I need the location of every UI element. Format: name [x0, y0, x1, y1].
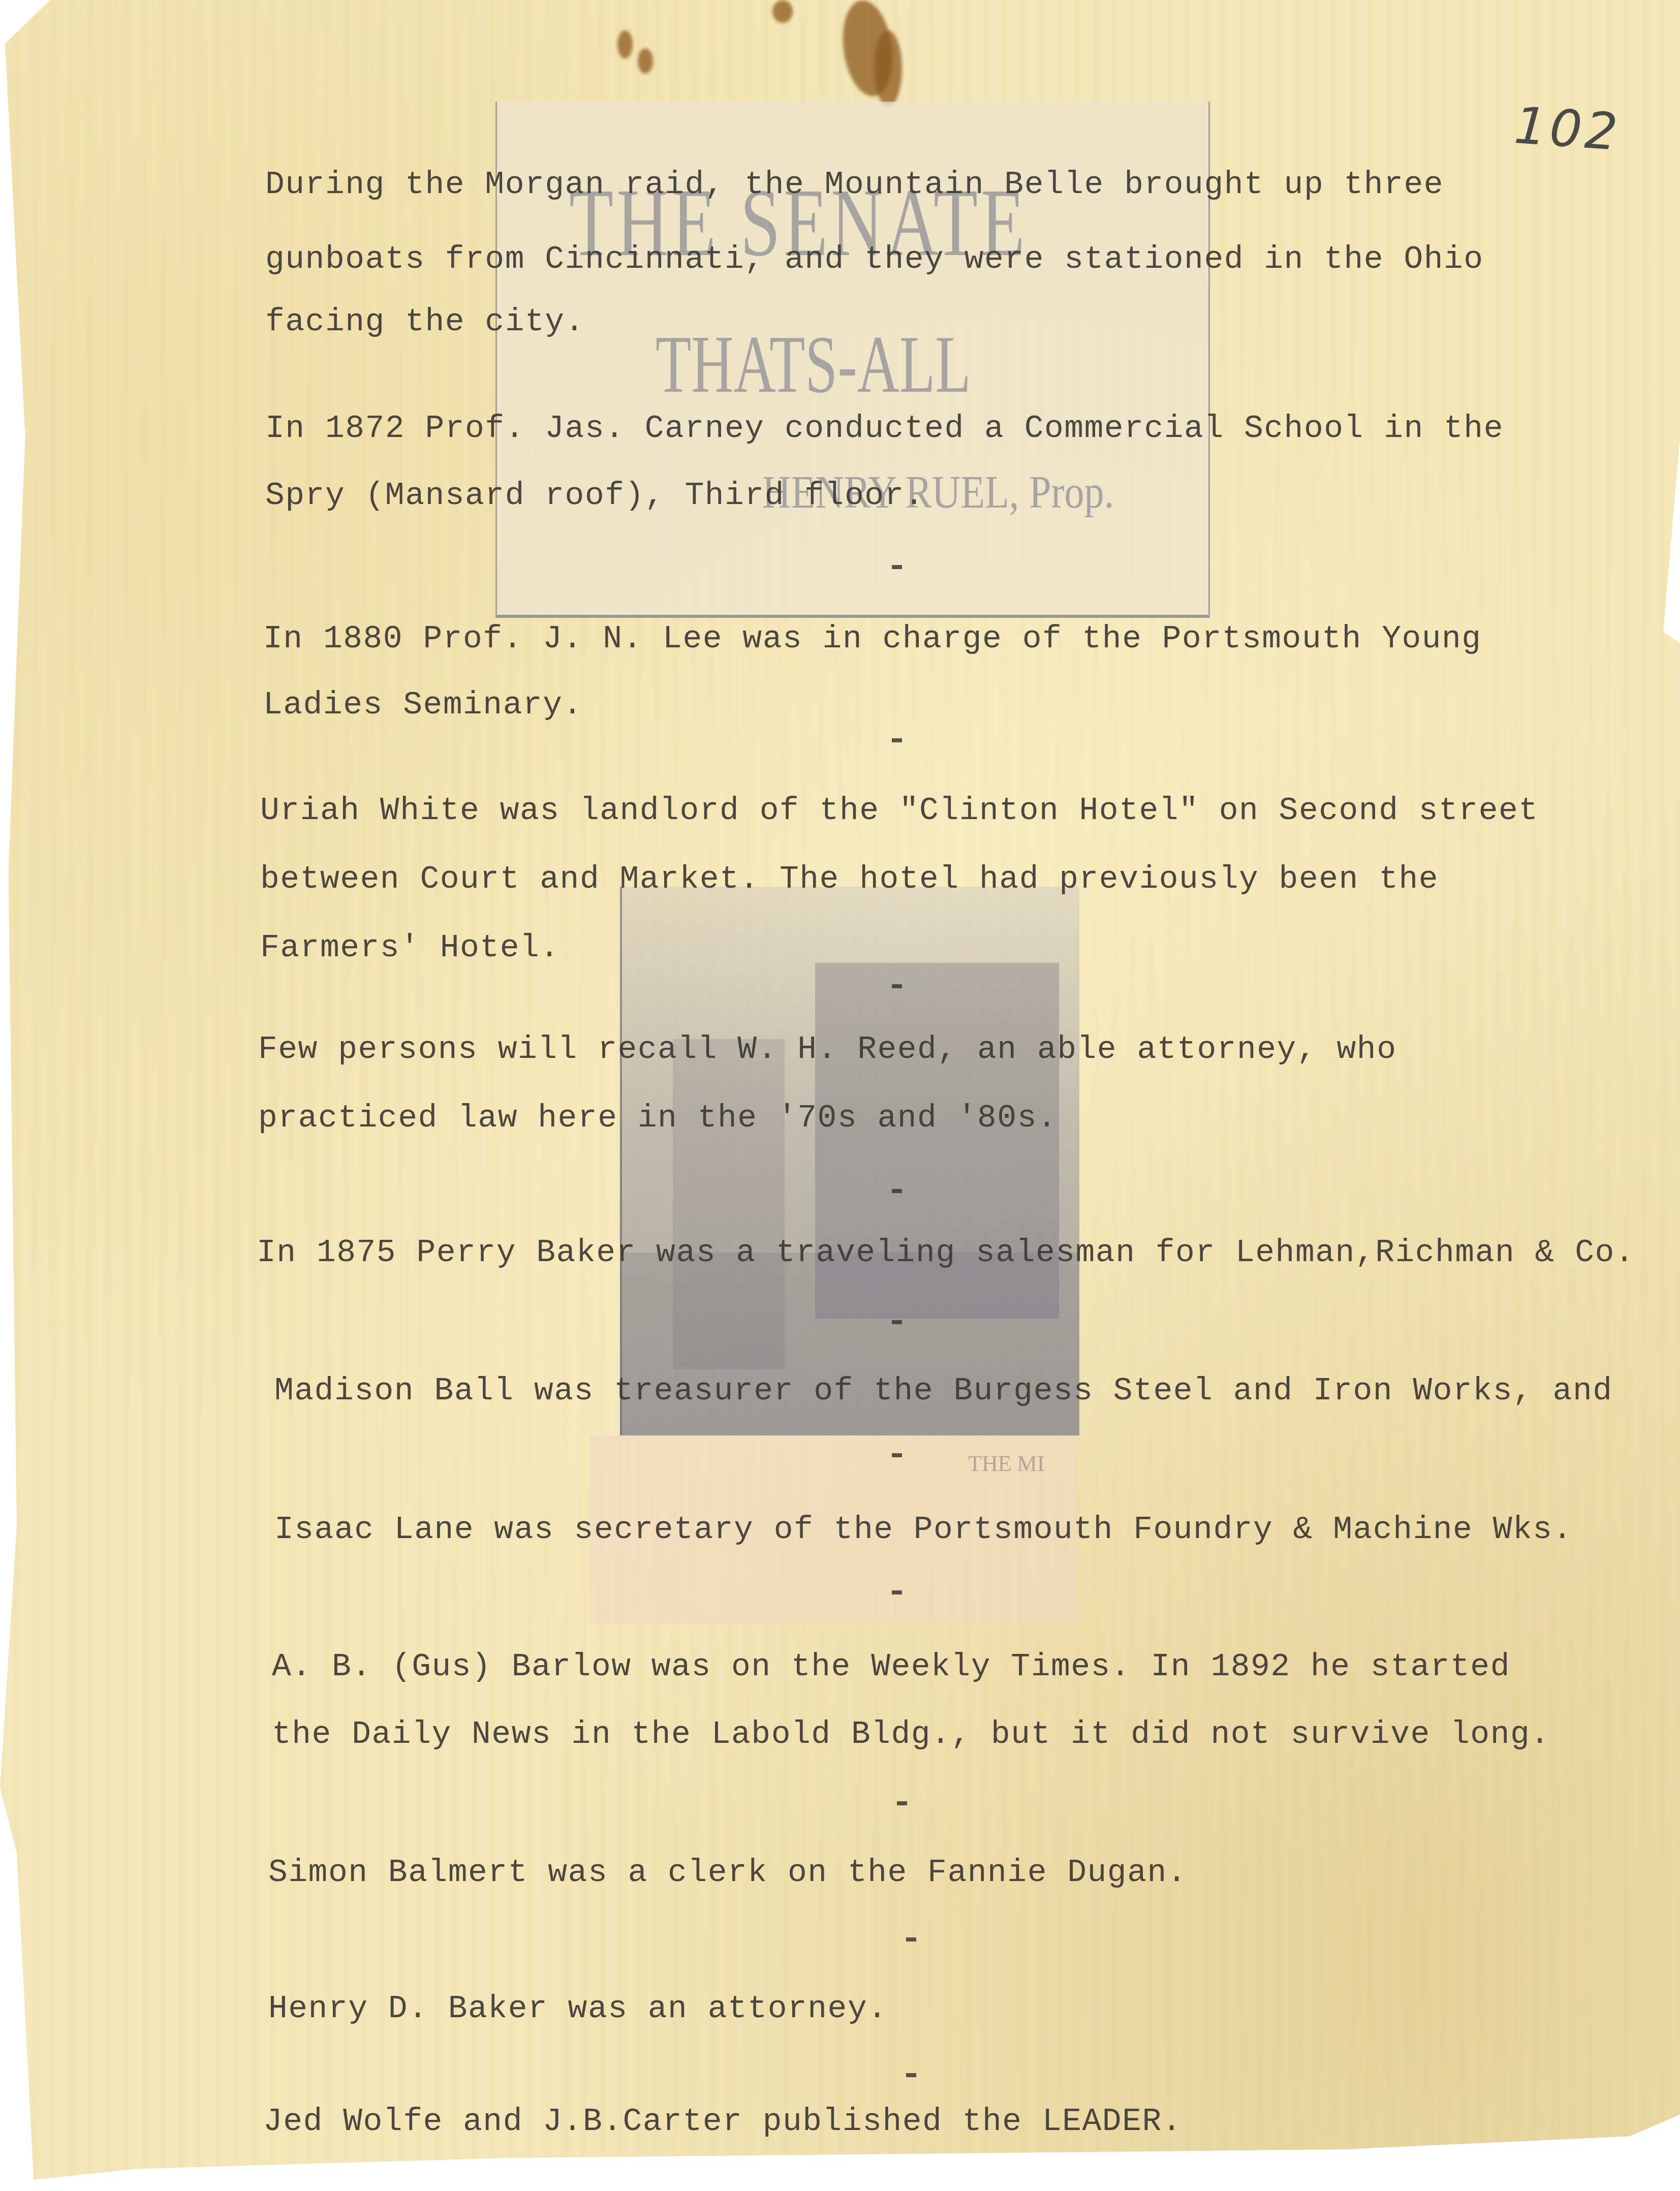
entry-line: facing the city.: [265, 304, 585, 340]
page-number: 102: [1512, 96, 1623, 162]
entry-line: Uriah White was landlord of the "Clinton…: [260, 793, 1539, 829]
separator-dash: [892, 1320, 902, 1324]
photo-caption-fragment: THE MI: [968, 1451, 1044, 1477]
entry-line: Simon Balmert was a clerk on the Fannie …: [268, 1855, 1187, 1891]
typewritten-page: THE SENATE THATS-ALL HENRY RUEL, Prop. T…: [0, 0, 1680, 2180]
entry-line: Henry D. Baker was an attorney.: [268, 1991, 888, 2027]
separator-dash: [892, 1189, 902, 1193]
senate-ad-subtitle: THATS-ALL: [656, 318, 971, 412]
entry-line: Spry (Mansard roof), Third floor.: [265, 478, 924, 514]
entry-line: Isaac Lane was secretary of the Portsmou…: [274, 1512, 1573, 1548]
separator-dash: [906, 2157, 916, 2161]
entry-line: A. B. (Gus) Barlow was on the Weekly Tim…: [272, 1649, 1510, 1685]
entry-line: Jed Wolfe and J.B.Carter published the L…: [263, 2104, 1182, 2140]
building-photo-clipping: [620, 887, 1079, 1435]
stain-mark: [638, 48, 653, 74]
entry-line: During the Morgan raid, the Mountain Bel…: [265, 167, 1444, 203]
separator-dash: [892, 984, 902, 988]
separator-dash: [892, 565, 902, 569]
entry-line: Madison Ball was treasurer of the Burges…: [274, 1373, 1613, 1409]
entry-line: In 1872 Prof. Jas. Carney conducted a Co…: [265, 411, 1504, 447]
separator-dash: [892, 1590, 902, 1594]
separator-dash: [897, 1801, 907, 1805]
stain-mark: [772, 0, 793, 23]
entry-line: In 1880 Prof. J. N. Lee was in charge of…: [263, 621, 1482, 657]
entry-line: In 1875 Perry Baker was a traveling sale…: [257, 1235, 1635, 1271]
entry-line: the Daily News in the Labold Bldg., but …: [272, 1716, 1550, 1752]
entry-line: practiced law here in the '70s and '80s.: [258, 1100, 1057, 1136]
entry-line: Few persons will recall W. H. Reed, an a…: [258, 1031, 1396, 1068]
stain-mark: [617, 30, 633, 58]
separator-dash: [892, 738, 902, 742]
separator-dash: [906, 2073, 916, 2077]
entry-line: between Court and Market. The hotel had …: [260, 861, 1439, 897]
stain-mark: [874, 30, 902, 107]
separator-dash: [892, 1453, 902, 1457]
separator-dash: [906, 1937, 916, 1942]
entry-line: Farmers' Hotel.: [260, 930, 560, 966]
entry-line: gunboats from Cincinnati, and they were …: [265, 241, 1484, 277]
entry-line: Ladies Seminary.: [263, 687, 583, 723]
